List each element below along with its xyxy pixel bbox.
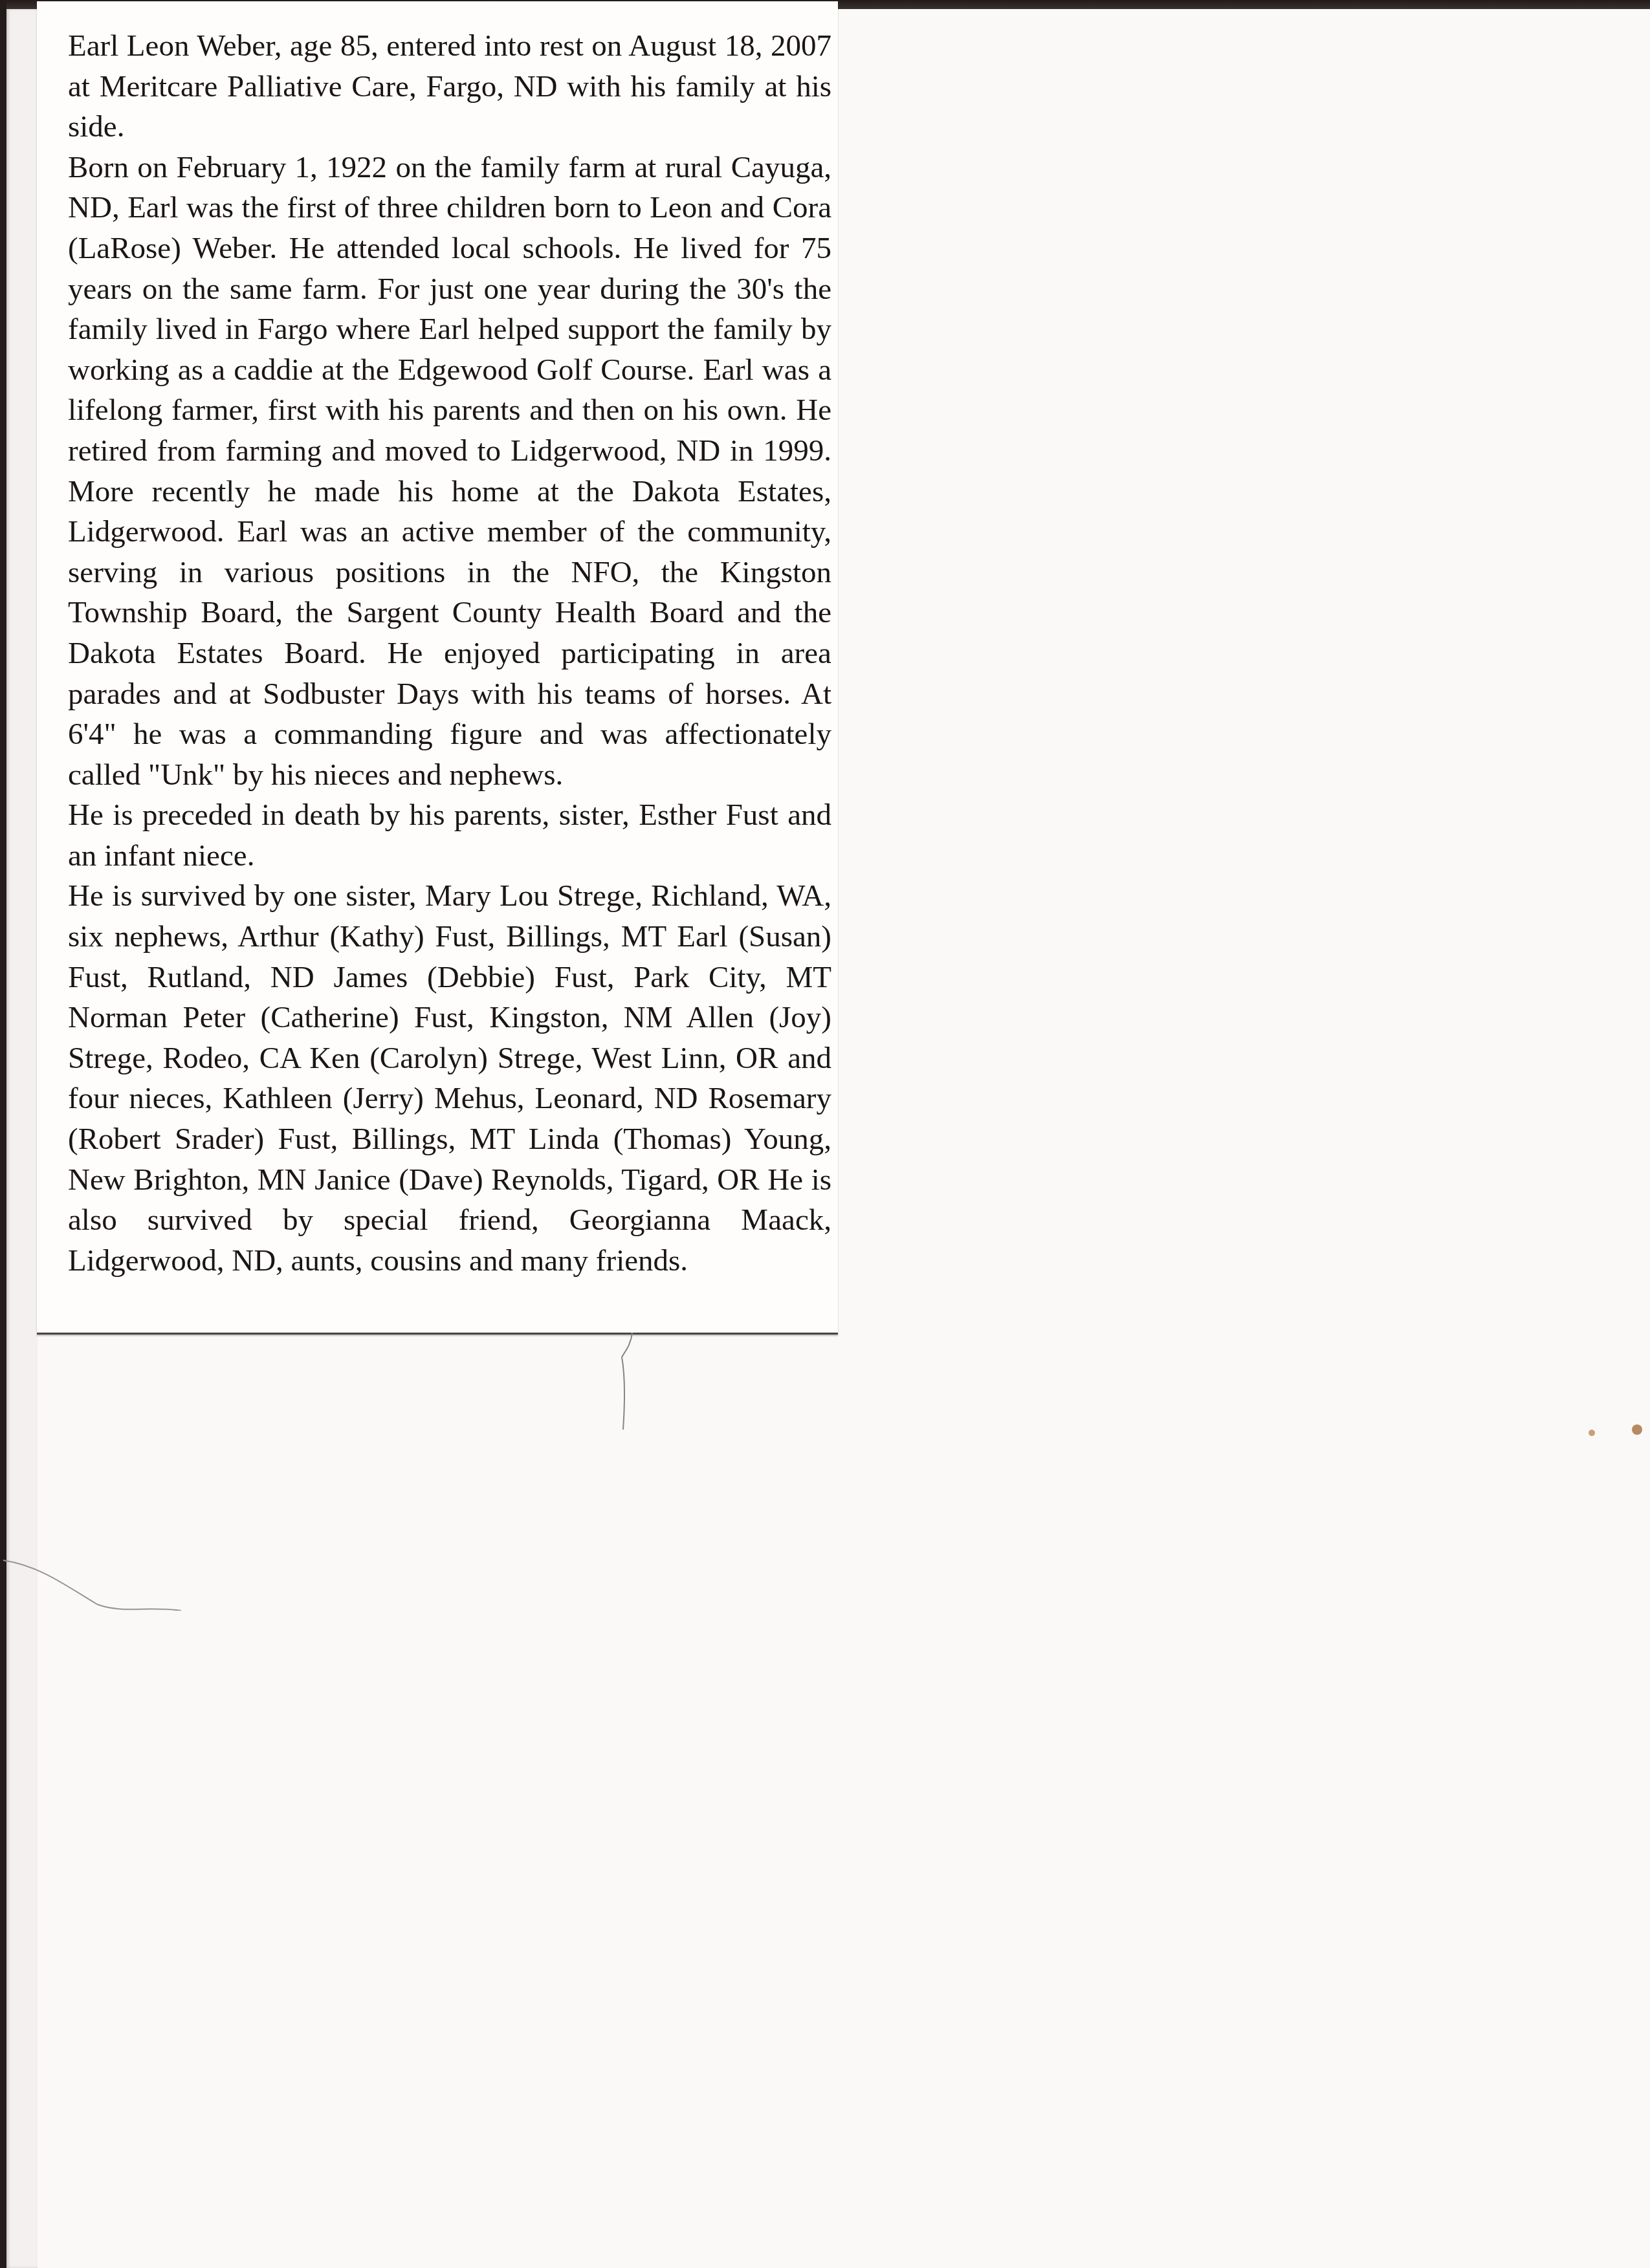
- scanner-left-edge: [0, 0, 6, 2268]
- paragraph-survivors: He is survived by one sister, Mary Lou S…: [68, 876, 831, 1281]
- scanner-left-margin: [6, 9, 38, 2268]
- paragraph-biography: Born on February 1, 1922 on the family f…: [68, 147, 831, 796]
- paragraph-preceded-in-death: He is preceded in death by his parents, …: [68, 795, 831, 876]
- paper-crease-mark: [618, 1333, 657, 1462]
- scan-hair-artifact: [0, 1553, 272, 1611]
- obituary-clipping: Earl Leon Weber, age 85, entered into re…: [37, 1, 838, 1335]
- scan-dust-specks: [1579, 1410, 1650, 1449]
- paragraph-death-notice: Earl Leon Weber, age 85, entered into re…: [68, 26, 831, 147]
- obituary-text: Earl Leon Weber, age 85, entered into re…: [68, 26, 831, 1281]
